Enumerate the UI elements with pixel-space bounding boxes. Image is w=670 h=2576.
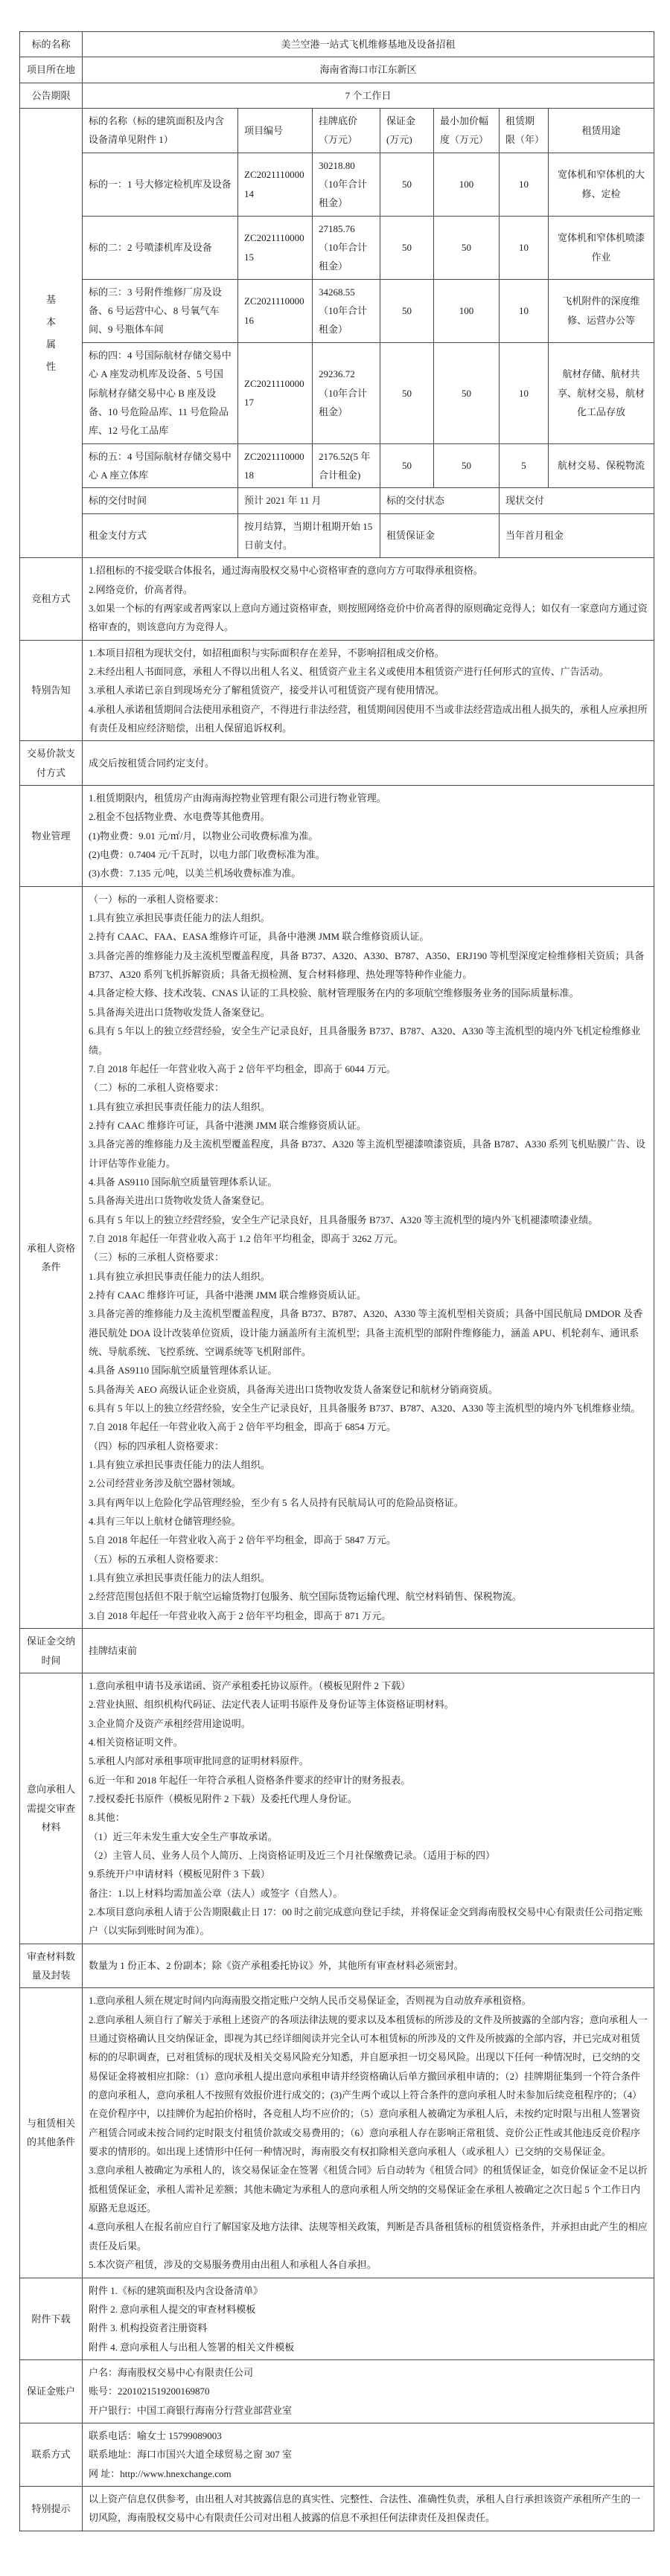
row-attachments: 附件下载 附件 1.《标的建筑面积及内含设备清单》 附件 2. 意向承租人提交的…	[20, 2278, 654, 2359]
attachments-label: 附件下载	[20, 2278, 83, 2359]
target-3-term: 10	[500, 279, 549, 342]
basic-attrs-section-label: 基本属性	[20, 109, 83, 558]
row-target-3: 标的三：3 号附件维修厂房及设备、6 号运营中心、8 号氧气车间、9 号瓶体车间…	[20, 279, 654, 342]
target-1-deposit: 50	[380, 153, 434, 216]
target-4-deposit: 50	[380, 342, 434, 443]
target-3-price: 34268.55（10年合计租金）	[313, 279, 380, 342]
deposit-deadline-content: 挂牌结束前	[83, 1629, 654, 1673]
review-materials-content: 1.意向承租申请书及承诺函、资产承租委托协议原件。（模板见附件 2 下载） 2.…	[83, 1673, 654, 1944]
row-deposit-deadline: 保证金交纳时间 挂牌结束前	[20, 1629, 654, 1673]
rent-payment-value: 按月结算，当期计租期开始 15 日前支付。	[238, 513, 380, 558]
target-3-deposit: 50	[380, 279, 434, 342]
row-target-1: 标的一：1 号大修定检机库及设备 ZC202111000014 30218.80…	[20, 153, 654, 216]
target-5-usage: 航材交易、保税物流	[549, 443, 654, 488]
target-4-code: ZC202111000017	[238, 342, 313, 443]
row-review-materials: 意向承租人需提交审查材料 1.意向承租申请书及承诺函、资产承租委托协议原件。（模…	[20, 1673, 654, 1944]
col-header-min-increment: 最小加价幅度（万元）	[434, 109, 500, 153]
row-special-notice: 特别告知 1.本项目招租为现状交付，如招租面积与实际面积存在差异，不影响招租成交…	[20, 640, 654, 741]
row-delivery: 标的交付时间 预计 2021 年 11 月 标的交付状态 现状交付	[20, 488, 654, 513]
col-header-lease-term: 租赁期限（年）	[500, 109, 549, 153]
materials-quantity-label: 审查材料数量及封装	[20, 1944, 83, 1988]
target-5-deposit: 50	[380, 443, 434, 488]
row-other-conditions: 与租赁相关的其他条件 1.意向承租人须在规定时间内向海南股交指定账户交纳人民币交…	[20, 1988, 654, 2278]
row-basic-attrs-header: 基本属性 标的名称（标的建筑面积及内含设备清单见附件 1） 项目编号 挂牌底价（…	[20, 109, 654, 153]
other-conditions-content: 1.意向承租人须在规定时间内向海南股交指定账户交纳人民币交易保证金，否则视为自动…	[83, 1988, 654, 2278]
target-4-increment: 50	[434, 342, 500, 443]
attachments-content: 附件 1.《标的建筑面积及内含设备清单》 附件 2. 意向承租人提交的审查材料模…	[83, 2278, 654, 2359]
row-materials-quantity: 审查材料数量及封装 数量为 1 份正本、2 份副本；除《资产承租委托协议》外，其…	[20, 1944, 654, 1988]
target-1-usage: 宽体机和窄体机的大修、定检	[549, 153, 654, 216]
row-target-5: 标的五：4 号国际航材存储交易中心 A 座立体库 ZC202111000018 …	[20, 443, 654, 488]
target-4-name: 标的四：4 号国际航材存储交易中心 A 座发动机库及设备、5 号国际航材存储交易…	[83, 342, 238, 443]
target-2-code: ZC202111000015	[238, 216, 313, 279]
announcement-table: 标的名称 美兰空港一站式飞机维修基地及设备招租 项目所在地 海南省海口市江东新区…	[19, 31, 654, 2531]
project-location-label: 项目所在地	[20, 57, 83, 83]
target-3-name: 标的三：3 号附件维修厂房及设备、6 号运营中心、8 号氧气车间、9 号瓶体车间	[83, 279, 238, 342]
row-target-name: 标的名称 美兰空港一站式飞机维修基地及设备招租	[20, 32, 654, 57]
target-name-label: 标的名称	[20, 32, 83, 57]
special-notice-content: 1.本项目招租为现状交付，如招租面积与实际面积存在差异，不影响招租成交价格。 2…	[83, 640, 654, 741]
delivery-time-value: 预计 2021 年 11 月	[238, 488, 380, 513]
row-rent-payment: 租金支付方式 按月结算，当期计租期开始 15 日前支付。 租赁保证金 当年首月租…	[20, 513, 654, 558]
row-announcement-period: 公告期限 7 个工作日	[20, 83, 654, 108]
target-2-term: 10	[500, 216, 549, 279]
row-property-management: 物业管理 1.租赁期限内，租赁房产由海南海控物业管理有限公司进行物业管理。 2.…	[20, 786, 654, 887]
delivery-state-label: 标的交付状态	[380, 488, 500, 513]
col-header-lease-usage: 租赁用途	[549, 109, 654, 153]
review-materials-label: 意向承租人需提交审查材料	[20, 1673, 83, 1944]
target-4-term: 10	[500, 342, 549, 443]
target-3-increment: 100	[434, 279, 500, 342]
target-4-price: 29236.72（10年合计租金）	[313, 342, 380, 443]
rent-payment-label: 租金支付方式	[83, 513, 238, 558]
target-1-name: 标的一：1 号大修定检机库及设备	[83, 153, 238, 216]
row-lessee-qualifications: 承租人资格条件 （一）标的一承租人资格要求： 1.具有独立承担民事责任能力的法人…	[20, 886, 654, 1628]
target-5-name: 标的五：4 号国际航材存储交易中心 A 座立体库	[83, 443, 238, 488]
row-target-4: 标的四：4 号国际航材存储交易中心 A 座发动机库及设备、5 号国际航材存储交易…	[20, 342, 654, 443]
materials-quantity-content: 数量为 1 份正本、2 份副本；除《资产承租委托协议》外，其他所有审查材料必须密…	[83, 1944, 654, 1988]
announcement-period-label: 公告期限	[20, 83, 83, 108]
target-2-increment: 50	[434, 216, 500, 279]
col-header-project-code: 项目编号	[238, 109, 313, 153]
row-transaction-payment: 交易价款支付方式 成交后按租赁合同约定支付。	[20, 741, 654, 786]
target-2-usage: 宽体机和窄体机喷漆作业	[549, 216, 654, 279]
target-3-usage: 飞机附件的深度维修、运营办公等	[549, 279, 654, 342]
target-1-increment: 100	[434, 153, 500, 216]
target-name-value: 美兰空港一站式飞机维修基地及设备招租	[83, 32, 654, 57]
announcement-period-value: 7 个工作日	[83, 83, 654, 108]
target-5-code: ZC202111000018	[238, 443, 313, 488]
property-management-content: 1.租赁期限内，租赁房产由海南海控物业管理有限公司进行物业管理。 2.租金不包括…	[83, 786, 654, 887]
project-location-value: 海南省海口市江东新区	[83, 57, 654, 83]
row-target-2: 标的二：2 号喷漆机库及设备 ZC202111000015 27185.76（1…	[20, 216, 654, 279]
lease-deposit-value: 当年首月租金	[500, 513, 654, 558]
col-header-target-name: 标的名称（标的建筑面积及内含设备清单见附件 1）	[83, 109, 238, 153]
lessee-qualifications-label: 承租人资格条件	[20, 886, 83, 1628]
col-header-listing-price: 挂牌底价（万元）	[313, 109, 380, 153]
row-contact-info: 联系方式 联系电话：喻女士 15799089003 联系地址：海口市国兴大道全球…	[20, 2423, 654, 2486]
target-5-term: 5	[500, 443, 549, 488]
bidding-method-label: 竞租方式	[20, 558, 83, 640]
target-4-usage: 航材存储、航材共享、航材交易，航材化工品存放	[549, 342, 654, 443]
transaction-payment-label: 交易价款支付方式	[20, 741, 83, 786]
target-2-name: 标的二：2 号喷漆机库及设备	[83, 216, 238, 279]
target-1-term: 10	[500, 153, 549, 216]
row-special-reminder: 特别提示 以上资产信息仅供参考，由出租人对其披露信息的真实性、完整性、合法性、准…	[20, 2486, 654, 2531]
lease-deposit-label: 租赁保证金	[380, 513, 500, 558]
deposit-deadline-label: 保证金交纳时间	[20, 1629, 83, 1673]
special-reminder-label: 特别提示	[20, 2486, 83, 2531]
row-bidding-method: 竞租方式 1.招租标的不接受联合体报名，通过海南股权交易中心资格审查的意向方方可…	[20, 558, 654, 640]
announcement-page: 标的名称 美兰空港一站式飞机维修基地及设备招租 项目所在地 海南省海口市江东新区…	[0, 0, 670, 2576]
special-reminder-content: 以上资产信息仅供参考，由出租人对其披露信息的真实性、完整性、合法性、准确性负责，…	[83, 2486, 654, 2531]
special-notice-label: 特别告知	[20, 640, 83, 741]
property-management-label: 物业管理	[20, 786, 83, 887]
target-2-deposit: 50	[380, 216, 434, 279]
col-header-deposit: 保证金(万元)	[380, 109, 434, 153]
contact-info-content: 联系电话：喻女士 15799089003 联系地址：海口市国兴大道全球贸易之窗 …	[83, 2423, 654, 2486]
contact-info-label: 联系方式	[20, 2423, 83, 2486]
target-1-price: 30218.80（10年合计租金）	[313, 153, 380, 216]
target-1-code: ZC202111000014	[238, 153, 313, 216]
row-deposit-account: 保证金账户 户名：海南股权交易中心有限责任公司 账号：2201021519200…	[20, 2359, 654, 2423]
bidding-method-content: 1.招租标的不接受联合体报名，通过海南股权交易中心资格审查的意向方方可取得承租资…	[83, 558, 654, 640]
row-project-location: 项目所在地 海南省海口市江东新区	[20, 57, 654, 83]
other-conditions-label: 与租赁相关的其他条件	[20, 1988, 83, 2278]
target-2-price: 27185.76（10年合计租金）	[313, 216, 380, 279]
deposit-account-label: 保证金账户	[20, 2359, 83, 2423]
delivery-state-value: 现状交付	[500, 488, 654, 513]
basic-attrs-label-text: 基本属性	[45, 289, 57, 378]
delivery-time-label: 标的交付时间	[83, 488, 238, 513]
lessee-qualifications-content: （一）标的一承租人资格要求： 1.具有独立承担民事责任能力的法人组织。 2.持有…	[83, 886, 654, 1628]
target-5-price: 2176.52(5 年合计租金)	[313, 443, 380, 488]
deposit-account-content: 户名：海南股权交易中心有限责任公司 账号：2201021519200169870…	[83, 2359, 654, 2423]
transaction-payment-content: 成交后按租赁合同约定支付。	[83, 741, 654, 786]
target-5-increment: 50	[434, 443, 500, 488]
target-3-code: ZC202111000016	[238, 279, 313, 342]
